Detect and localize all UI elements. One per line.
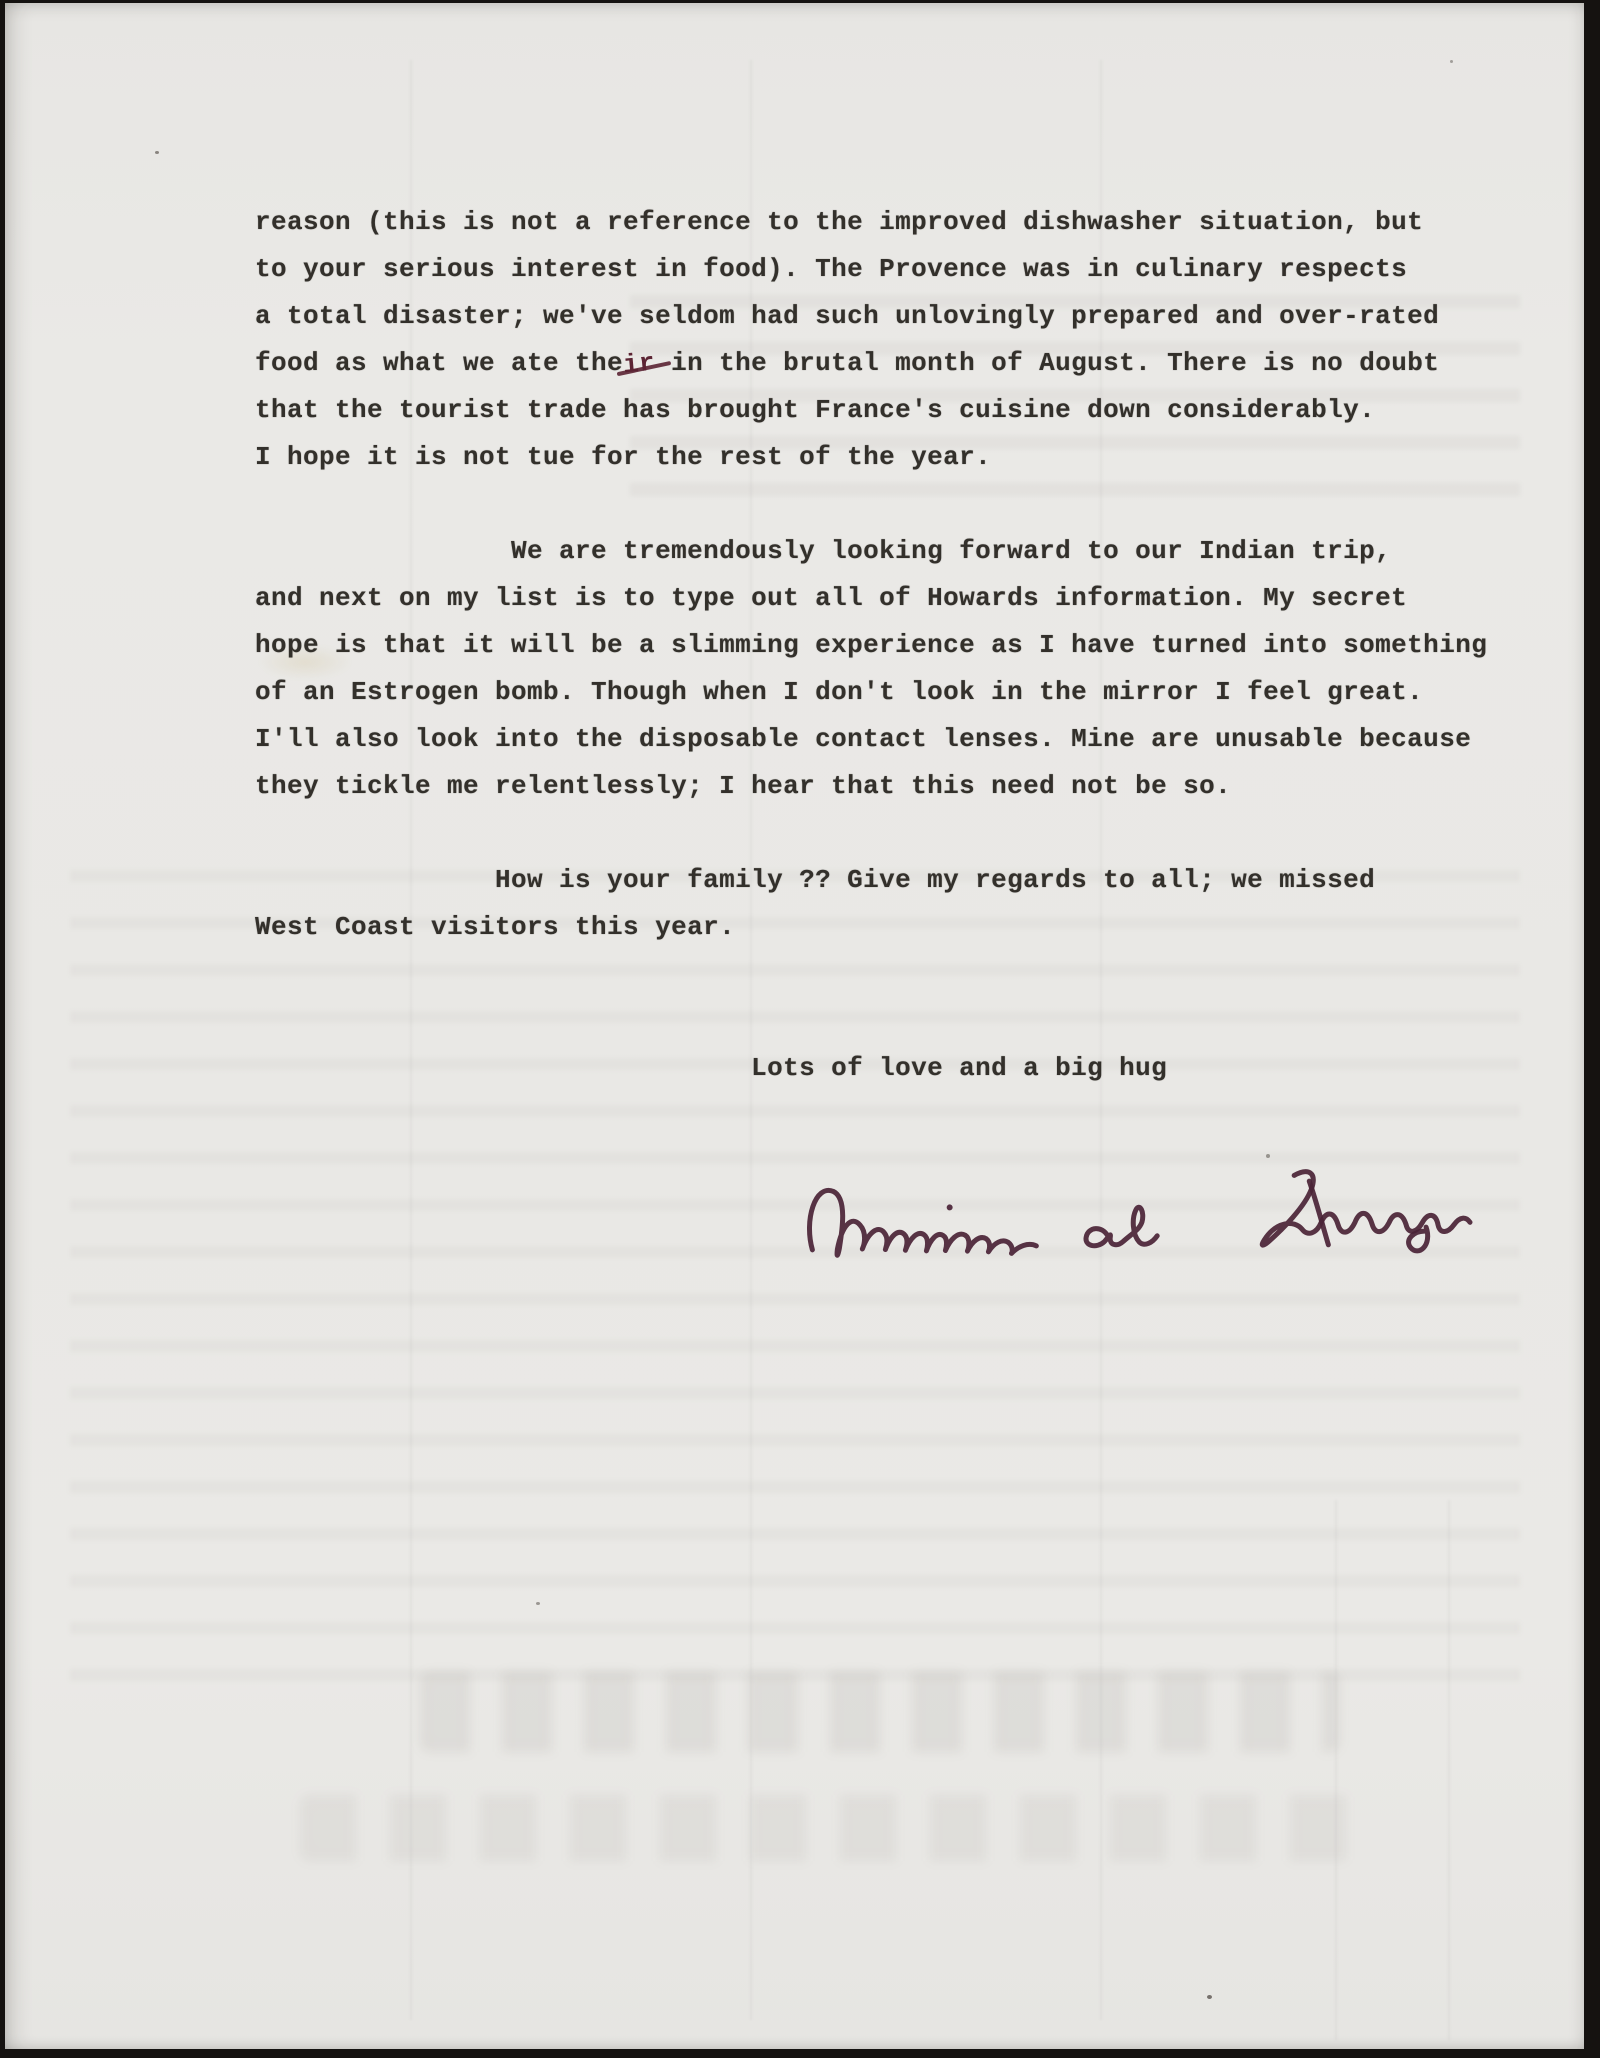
signature-transcription: Marina and Santuzza (860, 1195, 1088, 1218)
letter-line: Lots of love and a big hug (255, 1045, 1487, 1092)
scanned-letter-page: reason (this is not a reference to the i… (0, 0, 1600, 2058)
letter-line (255, 951, 1487, 998)
letter-line: hope is that it will be a slimming exper… (255, 622, 1487, 669)
letter-line: to your serious interest in food). The P… (255, 246, 1487, 293)
letter-line: a total disaster; we've seldom had such … (255, 293, 1487, 340)
letter-body: reason (this is not a reference to the i… (255, 199, 1487, 1092)
letter-line: We are tremendously looking forward to o… (255, 528, 1487, 575)
letter-line (255, 481, 1487, 528)
letter-line: of an Estrogen bomb. Though when I don't… (255, 669, 1487, 716)
letter-line: they tickle me relentlessly; I hear that… (255, 763, 1487, 810)
letter-line: that the tourist trade has brought Franc… (255, 387, 1487, 434)
letter-line: reason (this is not a reference to the i… (255, 199, 1487, 246)
letter-line: food as what we ate their in the brutal … (255, 340, 1487, 387)
letter-line (255, 998, 1487, 1045)
letter-line (255, 810, 1487, 857)
letter-line: West Coast visitors this year. (255, 904, 1487, 951)
letter-line: I hope it is not tue for the rest of the… (255, 434, 1487, 481)
letter-line: I'll also look into the disposable conta… (255, 716, 1487, 763)
letter-line: and next on my list is to type out all o… (255, 575, 1487, 622)
letter-line: How is your family ?? Give my regards to… (255, 857, 1487, 904)
handwritten-signature (789, 1134, 1502, 1316)
